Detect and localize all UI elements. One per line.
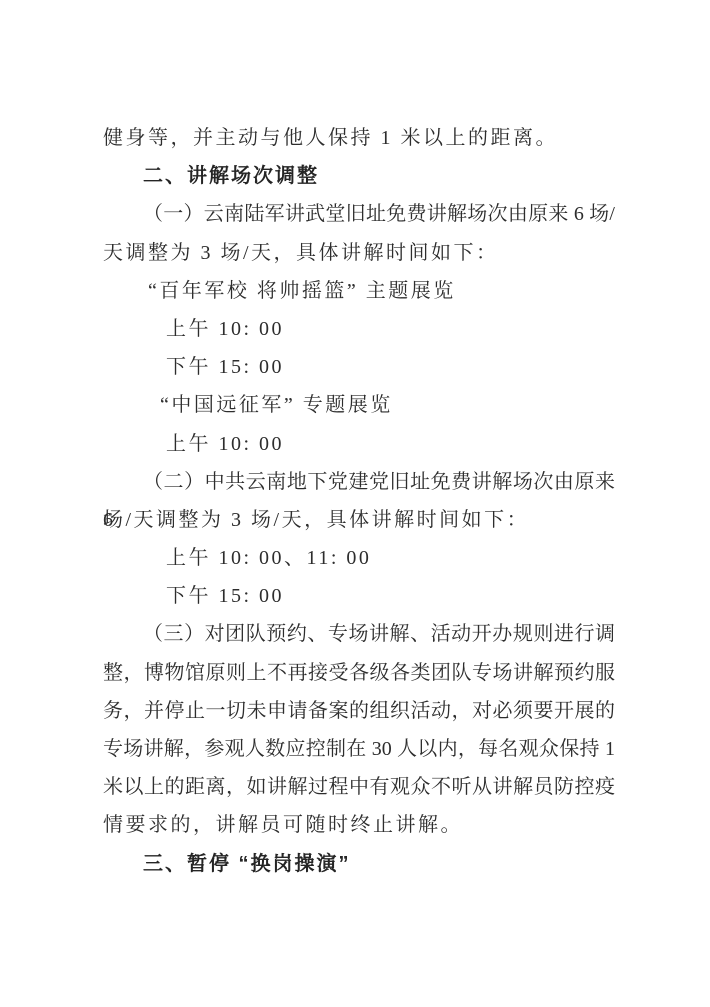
paragraph-line: 专场讲解，参观人数应控制在 30 人以内，每名观众保持 1 (103, 730, 615, 768)
paragraph-continuation-line: 健身等，并主动与他人保持 1 米以上的距离。 (103, 119, 615, 157)
paragraph-line: 务，并停止一切未申请备案的组织活动，对必须要开展的 (103, 692, 615, 730)
schedule-time-line: 上午 10: 00 (103, 425, 615, 463)
exhibition-title-line: “中国远征军” 专题展览 (103, 386, 615, 424)
schedule-time-line: 上午 10: 00、11: 00 (103, 539, 615, 577)
schedule-time-line: 下午 15: 00 (103, 577, 615, 615)
paragraph-line: 情要求的，讲解员可随时终止讲解。 (103, 806, 615, 844)
paragraph-line: 米以上的距离，如讲解过程中有观众不听从讲解员防控疫 (103, 768, 615, 806)
paragraph-line: （一）云南陆军讲武堂旧址免费讲解场次由原来 6 场/ (103, 195, 615, 233)
schedule-time-line: 下午 15: 00 (103, 348, 615, 386)
document-page: 健身等，并主动与他人保持 1 米以上的距离。 二、讲解场次调整 （一）云南陆军讲… (0, 0, 710, 1007)
paragraph-line: 整，博物馆原则上不再接受各级各类团队专场讲解预约服 (103, 654, 615, 692)
paragraph-line: （二）中共云南地下党建党旧址免费讲解场次由原来 6 (103, 463, 615, 501)
section-heading-2: 二、讲解场次调整 (103, 157, 615, 195)
schedule-time-line: 上午 10: 00 (103, 310, 615, 348)
paragraph-line: 场/天调整为 3 场/天，具体讲解时间如下： (103, 501, 615, 539)
exhibition-title-line: “百年军校 将帅摇篮” 主题展览 (103, 272, 615, 310)
paragraph-line: 天调整为 3 场/天，具体讲解时间如下： (103, 234, 615, 272)
document-body: 健身等，并主动与他人保持 1 米以上的距离。 二、讲解场次调整 （一）云南陆军讲… (103, 119, 615, 883)
section-heading-3: 三、暂停 “换岗操演” (103, 845, 615, 883)
paragraph-line: （三）对团队预约、专场讲解、活动开办规则进行调 (103, 615, 615, 653)
